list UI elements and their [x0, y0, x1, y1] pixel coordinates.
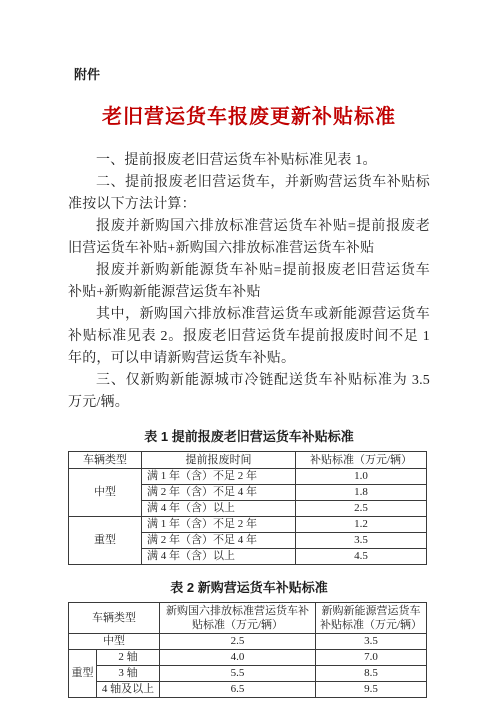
table2-new-purchase-subsidy: 车辆类型 新购国六排放标准营运货车补贴标准（万元/辆） 新购新能源营运货车补贴标… [68, 602, 427, 698]
scrap-time-cell: 满 1 年（含）不足 2 年 [142, 517, 296, 533]
scrap-time-cell: 满 4 年（含）以上 [142, 549, 296, 565]
table-row: 中型 满 1 年（含）不足 2 年 1.0 [69, 469, 427, 485]
paragraph-1: 一、提前报废老旧营运货车补贴标准见表 1。 [68, 150, 430, 172]
paragraph-2: 二、提前报废老旧营运货车，并新购营运货车补贴标准按以下方法计算： [68, 172, 430, 216]
table-row: 重型 满 1 年（含）不足 2 年 1.2 [69, 517, 427, 533]
subsidy-value-cell: 2.5 [296, 501, 427, 517]
paragraph-4-formula-new-energy: 报废并新购新能源货车补贴=提前报废老旧营运货车补贴+新购新能源营运货车补贴 [68, 260, 430, 304]
table-row: 3 轴 5.5 8.5 [69, 666, 427, 682]
table1-title: 表 1 提前报废老旧营运货车补贴标准 [68, 426, 430, 445]
table2-header-new-energy-subsidy: 新购新能源营运货车补贴标准（万元/辆） [316, 603, 427, 634]
vehicle-type-cell-heavy: 重型 [69, 517, 142, 565]
subsidy-value-cell: 7.0 [316, 650, 427, 666]
document-title: 老旧营运货车报废更新补贴标准 [68, 100, 430, 129]
vehicle-type-cell-medium: 中型 [69, 634, 160, 650]
axle-type-cell: 2 轴 [97, 650, 160, 666]
table-row: 4 轴及以上 6.5 9.5 [69, 682, 427, 698]
table-row: 中型 2.5 3.5 [69, 634, 427, 650]
subsidy-value-cell: 1.8 [296, 485, 427, 501]
table2-header-guo6-subsidy: 新购国六排放标准营运货车补贴标准（万元/辆） [160, 603, 316, 634]
subsidy-value-cell: 6.5 [160, 682, 316, 698]
vehicle-type-cell-heavy: 重型 [69, 650, 97, 698]
vehicle-type-cell-medium: 中型 [69, 469, 142, 517]
table-row: 重型 2 轴 4.0 7.0 [69, 650, 427, 666]
table1-header-row: 车辆类型 提前报废时间 补贴标准（万元/辆） [69, 452, 427, 469]
table1-header-vehicle-type: 车辆类型 [69, 452, 142, 469]
table2-header-vehicle-type: 车辆类型 [69, 603, 160, 634]
subsidy-value-cell: 9.5 [316, 682, 427, 698]
subsidy-value-cell: 4.5 [296, 549, 427, 565]
subsidy-value-cell: 1.2 [296, 517, 427, 533]
document-body: 一、提前报废老旧营运货车补贴标准见表 1。 二、提前报废老旧营运货车，并新购营运… [68, 150, 430, 414]
subsidy-value-cell: 3.5 [316, 634, 427, 650]
axle-type-cell: 3 轴 [97, 666, 160, 682]
attachment-label: 附件 [74, 64, 430, 83]
scrap-time-cell: 满 2 年（含）不足 4 年 [142, 533, 296, 549]
subsidy-value-cell: 8.5 [316, 666, 427, 682]
paragraph-3-formula-guo6: 报废并新购国六排放标准营运货车补贴=提前报废老旧营运货车补贴+新购国六排放标准营… [68, 216, 430, 260]
scrap-time-cell: 满 1 年（含）不足 2 年 [142, 469, 296, 485]
subsidy-value-cell: 2.5 [160, 634, 316, 650]
table1-header-scrap-time: 提前报废时间 [142, 452, 296, 469]
subsidy-value-cell: 1.0 [296, 469, 427, 485]
table1-header-subsidy-standard: 补贴标准（万元/辆） [296, 452, 427, 469]
subsidy-value-cell: 5.5 [160, 666, 316, 682]
scrap-time-cell: 满 2 年（含）不足 4 年 [142, 485, 296, 501]
document-page: 附件 老旧营运货车报废更新补贴标准 一、提前报废老旧营运货车补贴标准见表 1。 … [0, 0, 500, 698]
table2-title: 表 2 新购营运货车补贴标准 [68, 577, 430, 596]
subsidy-value-cell: 3.5 [296, 533, 427, 549]
axle-type-cell: 4 轴及以上 [97, 682, 160, 698]
paragraph-6: 三、仅新购新能源城市冷链配送货车补贴标准为 3.5 万元/辆。 [68, 370, 430, 414]
paragraph-5: 其中，新购国六排放标准营运货车或新能源营运货车补贴标准见表 2。报废老旧营运货车… [68, 304, 430, 370]
table2-header-row: 车辆类型 新购国六排放标准营运货车补贴标准（万元/辆） 新购新能源营运货车补贴标… [69, 603, 427, 634]
scrap-time-cell: 满 4 年（含）以上 [142, 501, 296, 517]
table1-early-scrappage-subsidy: 车辆类型 提前报废时间 补贴标准（万元/辆） 中型 满 1 年（含）不足 2 年… [68, 451, 427, 565]
subsidy-value-cell: 4.0 [160, 650, 316, 666]
